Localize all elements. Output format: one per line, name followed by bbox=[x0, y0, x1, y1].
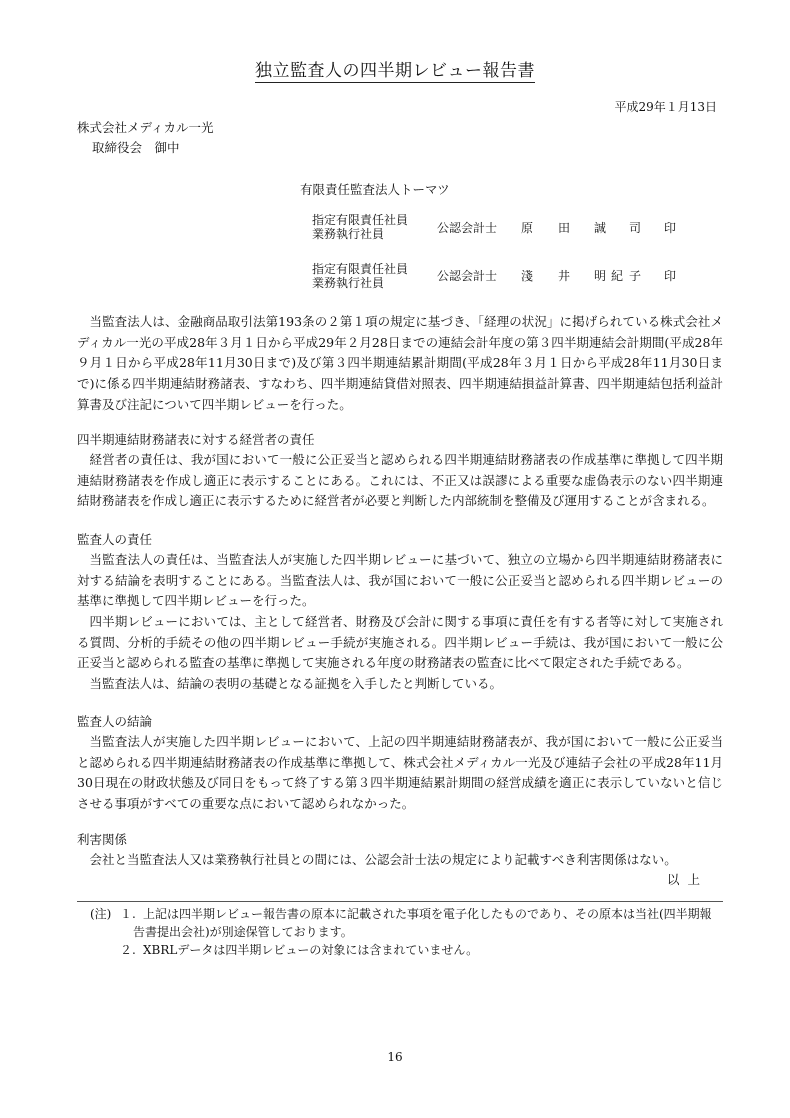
paragraph-auditor-conclusion: 当監査法人が実施した四半期レビューにおいて、上記の四半期連結財務諸表が、我が国に… bbox=[77, 732, 723, 815]
signatory-name-char: 紀 bbox=[611, 269, 623, 283]
signatory-name-char: 原 bbox=[521, 221, 533, 235]
signatory-title: 公認会計士 bbox=[437, 269, 497, 283]
notes-label: (注) bbox=[90, 905, 111, 924]
note-1-line1: 上記は四半期レビュー報告書の原本に記載された事項を電子化したものであり、その原本… bbox=[143, 905, 712, 924]
note-number-2: ２. bbox=[120, 941, 136, 960]
paragraph-management-responsibility: 経営者の責任は、我が国において一般に公正妥当と認められる四半期連結財務諸表の作成… bbox=[77, 450, 723, 512]
closing-mark: 以上 bbox=[667, 870, 708, 888]
signatory-role-line1: 指定有限責任社員 bbox=[312, 262, 408, 276]
addressee-recipient: 取締役会 御中 bbox=[92, 138, 180, 156]
note-number-1: １. bbox=[120, 905, 136, 924]
signatory-role-line2: 業務執行社員 bbox=[312, 227, 384, 241]
signatory-role-line1: 指定有限責任社員 bbox=[312, 213, 408, 227]
seal-mark: 印 bbox=[664, 221, 676, 235]
page-number: 16 bbox=[0, 1050, 790, 1064]
intro-paragraph: 当監査法人は、金融商品取引法第193条の２第１項の規定に基づき、「経理の状況」に… bbox=[77, 312, 723, 416]
paragraph-auditor-responsibility-3: 当監査法人は、結論の表明の基礎となる証拠を入手したと判断している。 bbox=[77, 674, 723, 695]
paragraph-auditor-responsibility-1: 当監査法人の責任は、当監査法人が実施した四半期レビューに基づいて、独立の立場から… bbox=[77, 550, 723, 612]
signatory-name-char: 田 bbox=[558, 221, 570, 235]
signatory-name-char: 井 bbox=[558, 269, 570, 283]
report-date: 平成29年１月13日 bbox=[614, 98, 717, 115]
paragraph-auditor-responsibility-2: 四半期レビューにおいては、主として経営者、財務及び会計に関する事項に責任を有する… bbox=[77, 612, 723, 674]
signatory-name-char: 司 bbox=[629, 221, 641, 235]
signatory-name-char: 淺 bbox=[521, 269, 533, 283]
auditor-firm: 有限責任監査法人トーマツ bbox=[300, 180, 450, 198]
signatory-role-line2: 業務執行社員 bbox=[312, 276, 384, 290]
section-heading-management-responsibility: 四半期連結財務諸表に対する経営者の責任 bbox=[77, 430, 315, 448]
addressee-company: 株式会社メディカル一光 bbox=[77, 118, 214, 136]
notes-divider bbox=[77, 901, 723, 902]
signatory-name-char: 明 bbox=[594, 269, 606, 283]
paragraph-conflict-of-interest: 会社と当監査法人又は業務執行社員との間には、公認会計士法の規定により記載すべき利… bbox=[77, 850, 723, 871]
signatory-title: 公認会計士 bbox=[437, 221, 497, 235]
note-2-line1: XBRLデータは四半期レビューの対象には含まれていません。 bbox=[143, 941, 478, 960]
document-title-text: 独立監査人の四半期レビュー報告書 bbox=[255, 61, 535, 83]
seal-mark: 印 bbox=[664, 269, 676, 283]
section-heading-conflict-of-interest: 利害関係 bbox=[77, 830, 127, 848]
note-1-line2: 告書提出会社)が別途保管しております。 bbox=[133, 923, 353, 942]
section-heading-auditor-responsibility: 監査人の責任 bbox=[77, 530, 152, 548]
document-title: 独立監査人の四半期レビュー報告書 bbox=[0, 56, 790, 81]
signatory-name-char: 子 bbox=[629, 269, 641, 283]
section-heading-auditor-conclusion: 監査人の結論 bbox=[77, 712, 152, 730]
signatory-name-char: 誠 bbox=[594, 221, 606, 235]
